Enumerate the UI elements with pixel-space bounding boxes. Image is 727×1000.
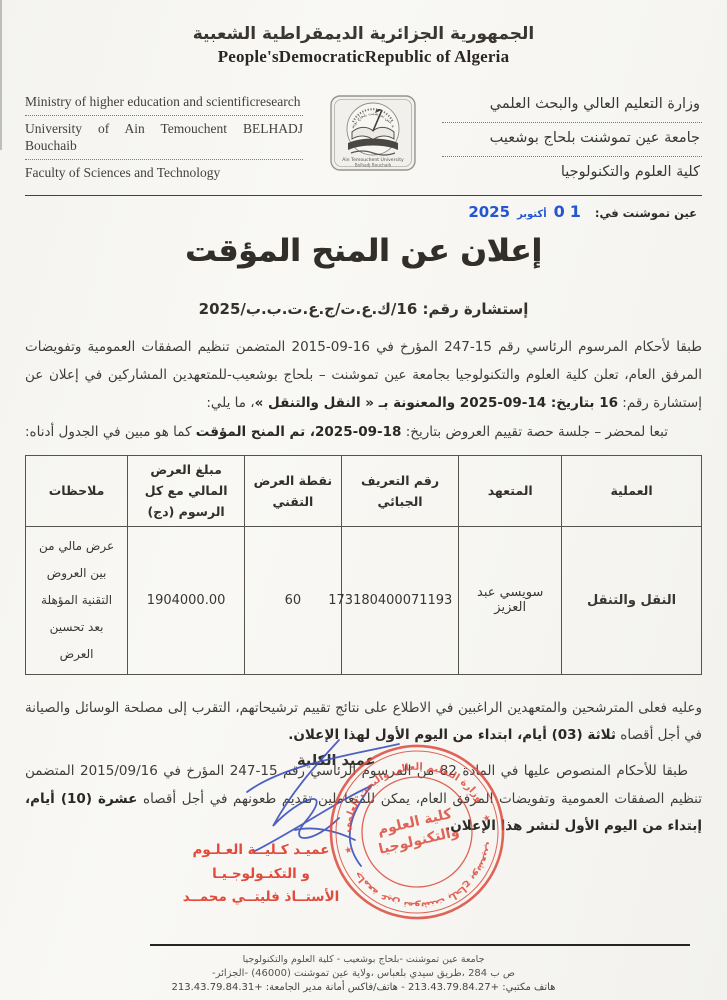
footer-divider — [150, 944, 690, 946]
university-name-ar: جامعة عين تموشنت بلحاج بوشعيب — [442, 126, 702, 157]
republic-title-english: People'sDemocraticRepublic of Algeria — [0, 47, 727, 67]
footer-university-line: جامعة عين تموشنت -بلحاج بوشعيب - كلية ال… — [0, 954, 727, 965]
p1-text-2: ، ما يلي: — [206, 395, 254, 411]
cell-technical-score: 60 — [245, 526, 342, 674]
date-stamp-day: 01 — [554, 202, 586, 221]
faculty-name-en: Faculty of Sciences and Technology — [25, 163, 303, 186]
cell-amount: 1904000.00 — [128, 526, 245, 674]
red-text-line3: الأستــاذ فليتــي محمــد — [176, 886, 346, 910]
stamp-star-right-icon: ★ — [482, 813, 492, 825]
date-stamp: 01 أكتوبر 2025 — [468, 202, 586, 221]
logo-caption-en-2: Belhadj Bouchaib — [354, 163, 391, 168]
paragraph-legal-basis: طبقا لأحكام المرسوم الرئاسي رقم 15-247 ا… — [25, 334, 702, 417]
red-text-line1: عميـد كـليــة العـلـوم — [176, 839, 346, 863]
footer-phone-line: هاتف مكتبي: +213.43.79.84.27 - هاتف/فاكس… — [0, 982, 727, 993]
provisional-award-table: العملية المتعهد رقم التعريف الجبائي نقطة… — [25, 455, 702, 675]
ministry-name-en: Ministry of higher education and scienti… — [25, 92, 303, 116]
col-notes: ملاحظات — [26, 455, 128, 526]
faculty-name-ar: كلية العلوم والتكنولوجيا — [442, 160, 702, 190]
red-text-line2: و التكنـولوجـيـا — [176, 863, 346, 887]
col-tax-id: رقم التعريف الجبائي — [341, 455, 459, 526]
date-stamp-year: 2025 — [468, 203, 510, 221]
university-logo: Ain Temouchent University Belhadj Boucha… — [329, 94, 417, 172]
scan-edge-artifact — [0, 0, 2, 150]
letterhead-english-block: Ministry of higher education and scienti… — [25, 92, 303, 185]
p2-text-2: كما هو مبين في الجدول أدناه: — [25, 424, 196, 440]
ministry-name-ar: وزارة التعليم العالي والبحث العلمي — [442, 92, 702, 123]
col-bidder: المتعهد — [459, 455, 562, 526]
cell-bidder: سويسي عبد العزيز — [459, 526, 562, 674]
consultation-number: إستشارة رقم: 16/ك.ع.ت/ج.ع.ت.ب.ب/2025 — [0, 300, 727, 318]
university-name-en: University of Ain Temouchent BELHADJ Bou… — [25, 119, 303, 160]
footer: جامعة عين تموشنت -بلحاج بوشعيب - كلية ال… — [0, 936, 727, 993]
cell-tax-id: 173180400071193 — [341, 526, 459, 674]
cell-notes: عرض مالي من بين العروض التقنية المؤهلة ب… — [26, 526, 128, 674]
scanned-document: الجمهورية الجزائرية الديمقراطية الشعبية … — [0, 0, 727, 1000]
date-line: عين تموشنت في: 01 أكتوبر 2025 — [0, 196, 727, 221]
p2-bold: 18-09-2025، تم المنح المؤقت — [196, 424, 402, 440]
footer-address-line: ص ب 284 ،طريق سيدي بلعباس ،ولاية عين تمو… — [0, 968, 727, 979]
letterhead-arabic-block: وزارة التعليم العالي والبحث العلمي جامعة… — [442, 92, 702, 189]
table-row: النقل والتنقل سويسي عبد العزيز 173180400… — [26, 526, 702, 674]
col-financial-offer: مبلغ العرض المالي مع كل الرسوم (دج) — [128, 455, 245, 526]
document-title: إعلان عن المنح المؤقت — [0, 233, 727, 269]
cell-operation: النقل والتنقل — [562, 526, 702, 674]
republic-title-arabic: الجمهورية الجزائرية الديمقراطية الشعبية — [0, 0, 727, 44]
p1-bold: 16 بتاريخ: 14-09-2025 والمعنونة بـ « الن… — [255, 395, 618, 411]
table-header-row: العملية المتعهد رقم التعريف الجبائي نقطة… — [26, 455, 702, 526]
col-operation: العملية — [562, 455, 702, 526]
p2-text-1: تبعا لمحضر – جلسة حصة تقييم العروض بتاري… — [401, 424, 668, 440]
paragraph-evaluation-session: تبعا لمحضر – جلسة حصة تقييم العروض بتاري… — [25, 419, 702, 447]
letterhead: Ministry of higher education and scienti… — [0, 84, 727, 189]
col-technical-score: نقطة العرض التقني — [245, 455, 342, 526]
signature-block: عميد الكلية وزارة التعليم العالي والبحث … — [0, 736, 727, 938]
date-stamp-month: أكتوبر — [517, 209, 547, 220]
dean-name-red-stamp-text: عميـد كـليــة العـلـوم و التكنـولوجـيـا … — [176, 839, 346, 910]
place-date-label: عين تموشنت في: — [595, 206, 697, 220]
